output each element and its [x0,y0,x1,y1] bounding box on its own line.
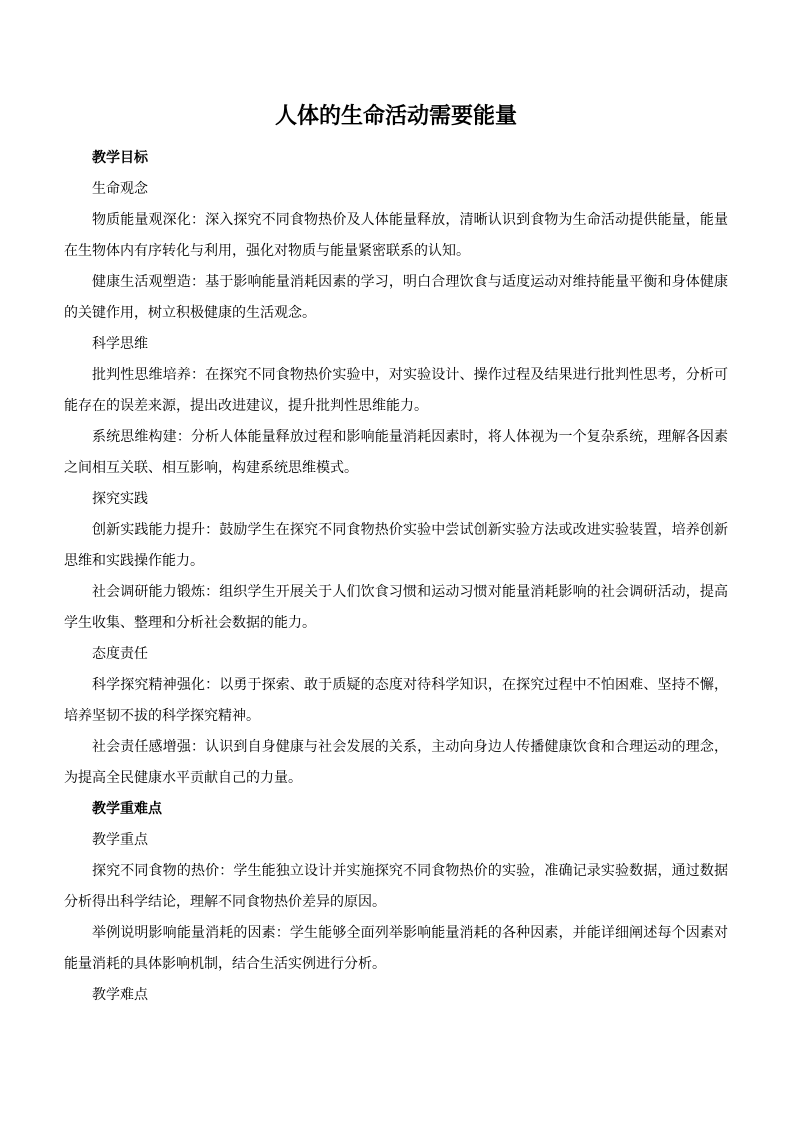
paragraph-scientific-spirit: 科学探究精神强化：以勇于探索、敢于质疑的态度对待科学知识，在探究过程中不怕困难、… [64,670,728,732]
paragraph-matter-energy-view: 物质能量观深化：深入探究不同食物热价及人体能量释放，清晰认识到食物为生命活动提供… [64,205,728,267]
subheading-inquiry-practice: 探究实践 [64,484,728,515]
document-title: 人体的生命活动需要能量 [64,100,728,132]
document-content: 教学目标 生命观念 物质能量观深化：深入探究不同食物热价及人体能量释放，清晰认识… [64,143,728,1011]
paragraph-healthy-life-view: 健康生活观塑造：基于影响能量消耗因素的学习，明白合理饮食与适度运动对维持能量平衡… [64,267,728,329]
paragraph-innovation-practice: 创新实践能力提升：鼓励学生在探究不同食物热价实验中尝试创新实验方法或改进实验装置… [64,515,728,577]
subheading-teaching-key-points: 教学重点 [64,825,728,856]
subheading-attitude-responsibility: 态度责任 [64,639,728,670]
section-heading-teaching-objectives: 教学目标 [64,143,728,174]
paragraph-food-caloric-value: 探究不同食物的热价：学生能独立设计并实施探究不同食物热价的实验，准确记录实验数据… [64,856,728,918]
subheading-teaching-difficult-points: 教学难点 [64,980,728,1011]
paragraph-systems-thinking: 系统思维构建：分析人体能量释放过程和影响能量消耗因素时，将人体视为一个复杂系统，… [64,422,728,484]
subheading-scientific-thinking: 科学思维 [64,329,728,360]
paragraph-social-research: 社会调研能力锻炼：组织学生开展关于人们饮食习惯和运动习惯对能量消耗影响的社会调研… [64,577,728,639]
section-heading-key-difficult-points: 教学重难点 [64,794,728,825]
paragraph-critical-thinking: 批判性思维培养：在探究不同食物热价实验中，对实验设计、操作过程及结果进行批判性思… [64,360,728,422]
paragraph-social-responsibility: 社会责任感增强：认识到自身健康与社会发展的关系，主动向身边人传播健康饮食和合理运… [64,732,728,794]
document-page: 人体的生命活动需要能量 教学目标 生命观念 物质能量观深化：深入探究不同食物热价… [0,0,794,1123]
document-body: 人体的生命活动需要能量 教学目标 生命观念 物质能量观深化：深入探究不同食物热价… [0,0,794,1011]
paragraph-energy-consumption-factors: 举例说明影响能量消耗的因素：学生能够全面列举影响能量消耗的各种因素，并能详细阐述… [64,918,728,980]
subheading-life-concepts: 生命观念 [64,174,728,205]
